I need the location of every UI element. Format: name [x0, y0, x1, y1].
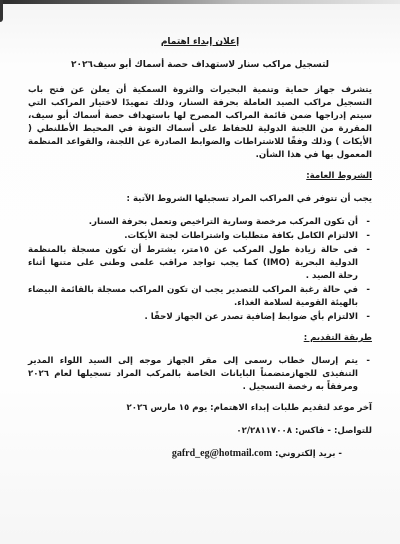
application-item: يتم إرسال خطاب رسمى إلى مقر الجهاز موجه …	[28, 355, 358, 394]
email-address[interactable]: gafrd_eg@hotmail.com	[172, 448, 272, 459]
general-conditions-intro: يجب أن تتوفر في المراكب المراد تسجيلها ا…	[28, 193, 372, 206]
scan-corner-shadow	[0, 0, 3, 22]
condition-item: فى حالة زيادة طول المركب عن ١٥متر، يشترط…	[28, 244, 358, 283]
fax-number: ٠٢/٢٨١١٧٠٠٨	[236, 426, 292, 436]
general-conditions-list: أن تكون المركب مرخصة وسارية التراخيص وتع…	[28, 216, 372, 324]
contact-fax-row: للتواصل: - فاكس: ٠٢/٢٨١١٧٠٠٨	[28, 425, 372, 438]
condition-item: الالتزام بأي ضوابط إضافية تصدر عن الجهاز…	[28, 311, 358, 324]
condition-item: الالتزام الكامل بكافة متطلبات واشتراطات …	[28, 230, 358, 243]
scan-edge-shadow	[0, 0, 400, 4]
condition-item: في حالة رغبة المراكب للتصدير يجب ان تكون…	[28, 284, 358, 310]
application-method-list: يتم إرسال خطاب رسمى إلى مقر الجهاز موجه …	[28, 355, 372, 394]
document-title: إعلان إبداء اهتمام	[28, 36, 372, 49]
intro-paragraph: يتشرف جهاز حماية وتنمية البحيرات والثروة…	[28, 84, 372, 162]
contact-email-row: - بريد إلكتروني: gafrd_eg@hotmail.com	[28, 447, 372, 461]
general-conditions-heading: الشروط العامة:	[28, 170, 372, 183]
email-label: - بريد إلكتروني:	[275, 449, 342, 459]
condition-item: أن تكون المركب مرخصة وسارية التراخيص وتع…	[28, 216, 358, 229]
scanned-document-page: إعلان إبداء اهتمام لتسجيل مراكب سنار لاس…	[0, 0, 400, 544]
document-subtitle: لتسجيل مراكب سنار لاستهداف حصة أسماك أبو…	[28, 59, 372, 72]
contact-label: للتواصل:	[334, 426, 372, 436]
application-method-heading: طريقة التقديم :	[28, 332, 372, 345]
deadline-text: آخر موعد لتقديم طلبات إبداء الاهتمام: يو…	[28, 402, 372, 415]
fax-label: - فاكس:	[295, 426, 331, 436]
document-body: إعلان إبداء اهتمام لتسجيل مراكب سنار لاس…	[28, 36, 372, 470]
